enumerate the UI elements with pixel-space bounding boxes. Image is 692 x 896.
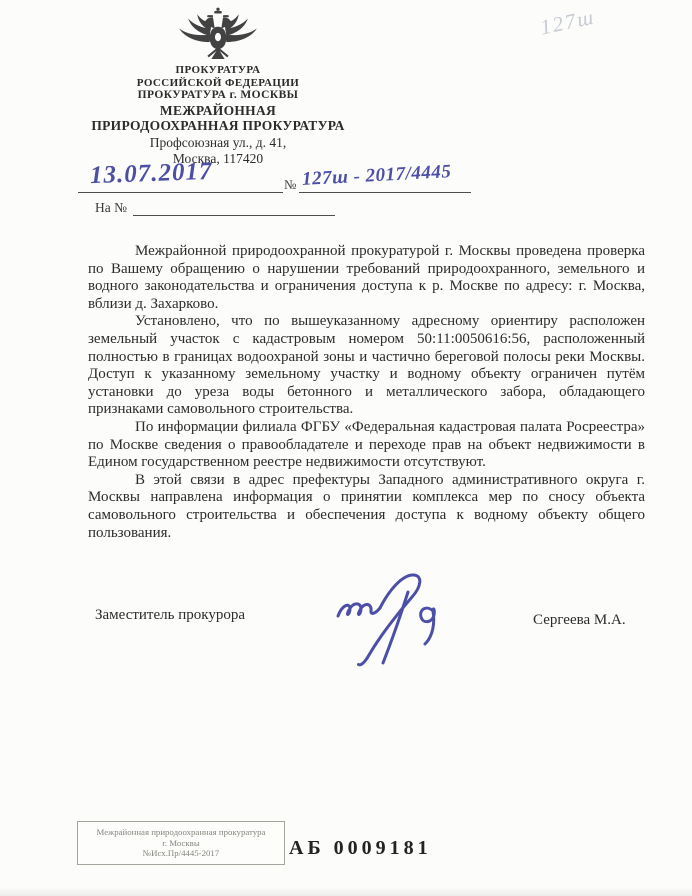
reply-to-row: На № bbox=[95, 200, 335, 216]
coat-of-arms-icon bbox=[28, 6, 408, 69]
handwritten-corner-note: 127ш bbox=[538, 5, 597, 41]
org-office-line1: МЕЖРАЙОННАЯ bbox=[160, 103, 276, 118]
handwritten-date: 13.07.2017 bbox=[90, 158, 213, 190]
org-office-name: МЕЖРАЙОННАЯ ПРИРОДООХРАННАЯ ПРОКУРАТУРА bbox=[28, 103, 408, 133]
number-underline bbox=[299, 192, 471, 193]
registration-stamp: Межрайонная природоохранная прокуратура … bbox=[77, 821, 285, 865]
scanned-letter-page: 127ш bbox=[0, 0, 692, 896]
org-address: Профсоюзная ул., д. 41, Москва, 117420 bbox=[28, 135, 408, 166]
signer-name: Сергеева М.А. bbox=[533, 612, 626, 629]
reply-to-label: На № bbox=[95, 200, 127, 215]
org-address-line1: Профсоюзная ул., д. 41, bbox=[150, 135, 286, 150]
stamp-line2: г. Москвы bbox=[162, 838, 199, 848]
body-paragraph: В этой связи в адрес префектуры Западног… bbox=[88, 472, 645, 542]
signature-autograph-icon bbox=[328, 570, 468, 685]
blank-form-number: АБ 0009181 bbox=[289, 837, 432, 860]
handwritten-outgoing-number: 127ш - 2017/4445 bbox=[302, 161, 452, 191]
org-federal-name: ПРОКУРАТУРА РОССИЙСКОЙ ФЕДЕРАЦИИ bbox=[28, 64, 408, 89]
body-paragraph: По информации филиала ФГБУ «Федеральная … bbox=[88, 419, 645, 472]
number-sign-label: № bbox=[284, 177, 296, 193]
stamp-line3: №Исх.Пр/4445-2017 bbox=[143, 848, 219, 858]
reply-to-blank-line bbox=[133, 200, 335, 216]
letter-body: Межрайонной природоохранной прокуратурой… bbox=[88, 243, 645, 542]
org-federal-line2: РОССИЙСКОЙ ФЕДЕРАЦИИ bbox=[137, 77, 299, 89]
signer-position-title: Заместитель прокурора bbox=[95, 607, 245, 624]
stamp-line1: Межрайонная природоохранная прокуратура bbox=[97, 827, 266, 837]
date-underline bbox=[78, 192, 283, 193]
body-paragraph: Установлено, что по вышеуказанному адрес… bbox=[88, 313, 645, 419]
body-paragraph: Межрайонной природоохранной прокуратурой… bbox=[88, 243, 645, 313]
org-office-line2: ПРИРОДООХРАННАЯ ПРОКУРАТУРА bbox=[91, 118, 344, 133]
org-federal-line1: ПРОКУРАТУРА bbox=[176, 64, 261, 76]
org-city-name: ПРОКУРАТУРА г. МОСКВЫ bbox=[28, 89, 408, 101]
